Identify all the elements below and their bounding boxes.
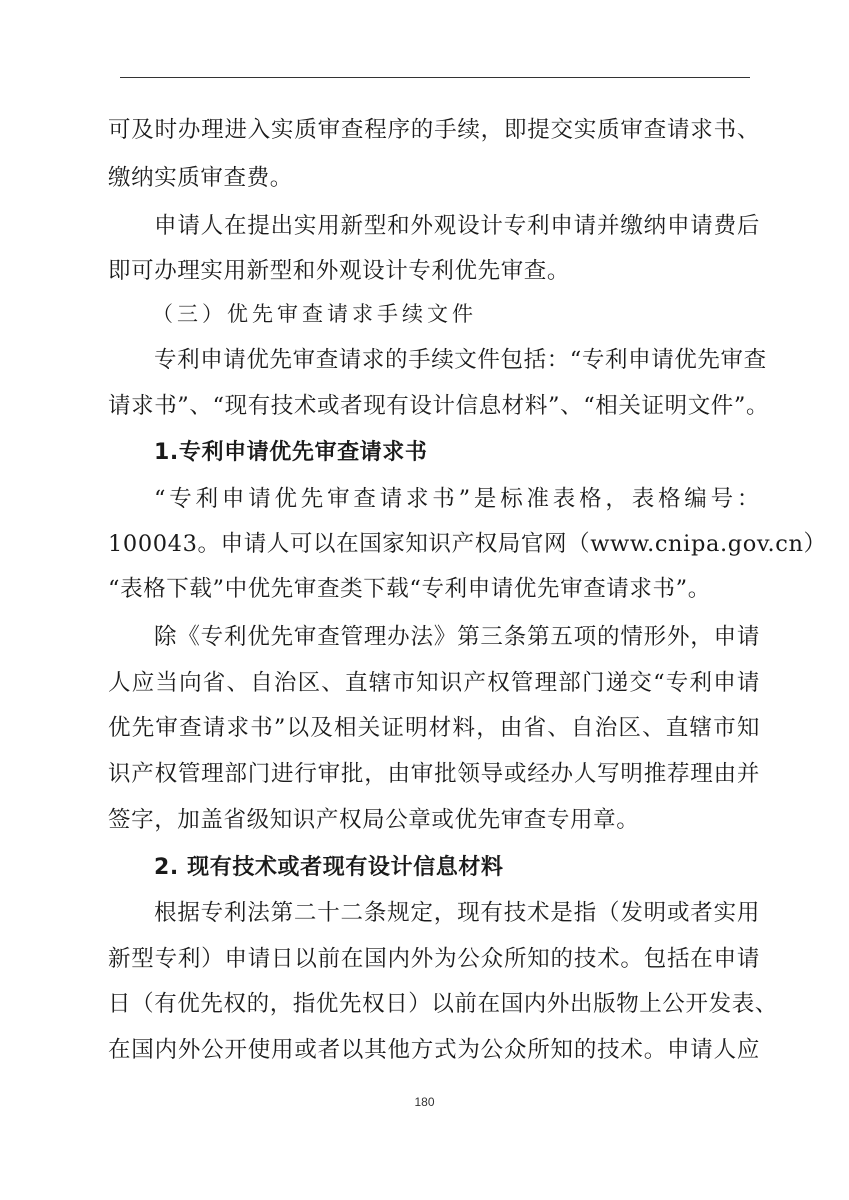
paragraph-line: 识产权管理部门进行审批，由审批领导或经办人写明推荐理由并: [108, 752, 760, 797]
paragraph-line: 除《专利优先审查管理办法》第三条第五项的情形外，申请: [154, 615, 760, 660]
subsection-heading: 1.专利申请优先审查请求书: [154, 430, 427, 475]
paragraph-line: 100043。申请人可以在国家知识产权局官网（www.cnipa.gov.cn）: [108, 522, 760, 567]
page-number: 180: [0, 1095, 849, 1109]
paragraph-line: 可及时办理进入实质审查程序的手续，即提交实质审查请求书、: [108, 108, 760, 153]
paragraph-line: “表格下载”中优先审查类下载“专利申请优先审查请求书”。: [108, 567, 711, 612]
paragraph-line: 优先审查请求书”以及相关证明材料，由省、自治区、直辖市知: [108, 706, 760, 751]
paragraph-line: 即可办理实用新型和外观设计专利优先审查。: [108, 249, 570, 294]
section-heading: （三）优先审查请求手续文件: [152, 292, 477, 337]
paragraph-line: 专利申请优先审查请求的手续文件包括：“专利申请优先审查: [154, 338, 760, 383]
header-rule: [120, 77, 750, 78]
paragraph-line: 缴纳实质审查费。: [108, 156, 293, 201]
paragraph-line: 根据专利法第二十二条规定，现有技术是指（发明或者实用: [154, 891, 760, 936]
paragraph-line: 请求书”、“现有技术或者现有设计信息材料”、“相关证明文件”。: [108, 384, 760, 429]
paragraph-line: “专利申请优先审查请求书”是标准表格，表格编号：: [154, 477, 760, 522]
paragraph-line: 申请人在提出实用新型和外观设计专利申请并缴纳申请费后: [154, 204, 760, 249]
paragraph-line: 人应当向省、自治区、直辖市知识产权管理部门递交“专利申请: [108, 661, 760, 706]
paragraph-line: 新型专利）申请日以前在国内外为公众所知的技术。包括在申请: [108, 937, 760, 982]
paragraph-line: 日（有优先权的，指优先权日）以前在国内外出版物上公开发表、: [108, 982, 760, 1027]
subsection-heading: 2. 现有技术或者现有设计信息材料: [154, 845, 504, 890]
paragraph-line: 签字，加盖省级知识产权局公章或优先审查专用章。: [108, 798, 639, 843]
paragraph-line: 在国内外公开使用或者以其他方式为公众所知的技术。申请人应: [108, 1028, 760, 1073]
